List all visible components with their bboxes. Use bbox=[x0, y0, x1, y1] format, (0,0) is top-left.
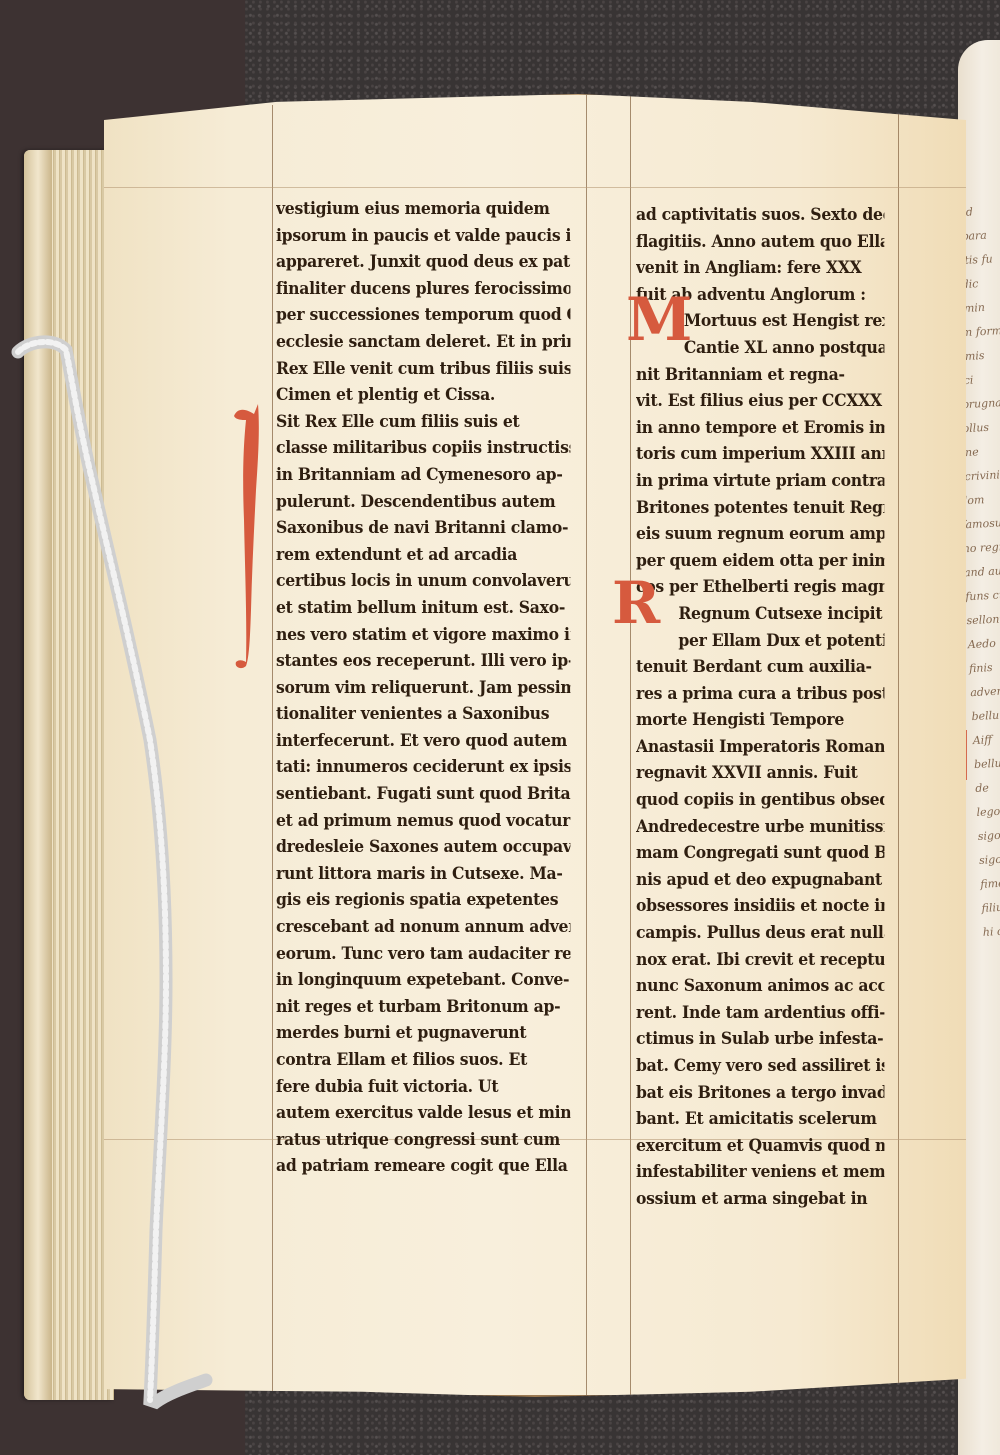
text-line: eis suum regnum eorum ampliavit bbox=[636, 521, 884, 548]
text-line: Anastasii Imperatoris Romanorum quod bbox=[636, 734, 884, 761]
text-line: quod copiis in gentibus obsedit bbox=[636, 787, 884, 814]
text-line: bant. Et amicitatis scelerum bbox=[636, 1106, 884, 1133]
text-line: interfecerunt. Et vero quod autem veri- bbox=[276, 728, 570, 755]
text-line: runt littora maris in Cutsexe. Ma- bbox=[276, 861, 570, 888]
text-line: contra Ellam et filios suos. Et bbox=[276, 1047, 570, 1074]
text-line: ctimus in Sulab urbe infesta- bbox=[636, 1026, 884, 1053]
text-line: obsessores insidiis et nocte in bbox=[636, 893, 884, 920]
text-line: infestabiliter veniens et membr- bbox=[636, 1159, 884, 1186]
text-line: regnavit XXVII annis. Fuit bbox=[636, 760, 884, 787]
text-line: bat. Cemy vero sed assiliret ista- bbox=[636, 1053, 884, 1080]
text-line: rent. Inde tam ardentius offi- bbox=[636, 1000, 884, 1027]
text-line: in prima virtute priam contra bbox=[636, 468, 884, 495]
text-line: et ad primum nemus quod vocatur An- bbox=[276, 808, 570, 835]
text-line: vestigium eius memoria quidem bbox=[276, 196, 570, 223]
decorated-initial-r: R bbox=[612, 574, 672, 632]
text-line: venit in Angliam: fere XXX bbox=[636, 255, 884, 282]
initial-letter: M bbox=[626, 285, 692, 355]
text-line: Rex Elle venit cum tribus filiis suis bbox=[276, 356, 570, 383]
text-line: Cimen et plentig et Cissa. bbox=[276, 382, 570, 409]
text-line: sorum vim reliquerunt. Jam pessime et po… bbox=[276, 675, 570, 702]
text-line: fere dubia fuit victoria. Ut bbox=[276, 1074, 570, 1101]
text-line: rem extendunt et ad arcadia bbox=[276, 542, 570, 569]
text-line: dredesleie Saxones autem occupave- bbox=[276, 834, 570, 861]
text-line: tenuit Berdant cum auxilia- bbox=[636, 654, 884, 681]
text-line: tati: innumeros ceciderunt ex ipsis bbox=[276, 754, 570, 781]
left-text-column: vestigium eius memoria quidem ipsorum in… bbox=[276, 196, 596, 1180]
text-line: nit Britanniam et regna- bbox=[636, 362, 884, 389]
text-line: finaliter ducens plures ferocissimos bbox=[276, 276, 570, 303]
text-line: ecclesie sanctam deleret. Et in primis bbox=[276, 329, 570, 356]
text-line: Andredecestre urbe munitissi- bbox=[636, 814, 884, 841]
text-line: nunc Saxonum animos ac accu- bbox=[636, 973, 884, 1000]
text-line: mam Congregati sunt quod Britan- bbox=[636, 840, 884, 867]
book-spine bbox=[24, 150, 52, 1400]
text-line: per Ellam Dux et potentissime bbox=[636, 628, 884, 655]
text-line: flagitiis. Anno autem quo Ella bbox=[636, 229, 884, 256]
ruling-line bbox=[272, 105, 273, 1395]
text-line: ratus utrique congressi sunt cum bbox=[276, 1127, 570, 1154]
text-line: toris cum imperium XXIII annis et bbox=[636, 441, 884, 468]
text-line: in Britanniam ad Cymenesoro ap- bbox=[276, 462, 570, 489]
text-line: classe militaribus copiis instructissima bbox=[276, 435, 570, 462]
text-line: et statim bellum initum est. Saxo- bbox=[276, 595, 570, 622]
text-line: ipsorum in paucis et valde paucis illa bbox=[276, 223, 570, 250]
text-line: autem exercitus valde lesus et mino- bbox=[276, 1100, 570, 1127]
text-line: vit. Est filius eius per CCXXX bbox=[636, 388, 884, 415]
text-line: appareret. Junxit quod deus ex patrib bbox=[276, 249, 570, 276]
text-line: sentiebant. Fugati sunt quod Britanni bbox=[276, 781, 570, 808]
text-line: nit reges et turbam Britonum ap- bbox=[276, 994, 570, 1021]
text-line: pulerunt. Descendentibus autem bbox=[276, 489, 570, 516]
text-line: ad patriam remeare cogit que Ella bbox=[276, 1153, 570, 1180]
text-line: ossium et arma singebat in bbox=[636, 1186, 884, 1213]
text-line: Britones potentes tenuit Regnum bbox=[636, 495, 884, 522]
text-line: nox erat. Ibi crevit et receptus bbox=[636, 947, 884, 974]
text-line: merdes burni et pugnaverunt bbox=[276, 1020, 570, 1047]
decorated-initial-i bbox=[232, 400, 266, 672]
text-line: per quem eidem otta per inimi- bbox=[636, 548, 884, 575]
text-line: per successiones temporum quod Gentem bbox=[276, 302, 570, 329]
page-edge-stack bbox=[24, 150, 114, 1400]
text-line: Saxonibus de navi Britanni clamo- bbox=[276, 515, 570, 542]
text-line: gis eis regionis spatia expetentes bbox=[276, 887, 570, 914]
text-line: stantes eos receperunt. Illi vero ip- bbox=[276, 648, 570, 675]
text-line: eorum. Tunc vero tam audaciter regiones bbox=[276, 941, 570, 968]
ruling-line bbox=[104, 187, 966, 188]
text-line: cos per Ethelberti regis magni bbox=[636, 574, 884, 601]
text-line: exercitum et Quamvis quod membri- bbox=[636, 1133, 884, 1160]
text-line: nis apud et deo expugnabant bbox=[636, 867, 884, 894]
decorated-initial-m: M bbox=[626, 296, 690, 344]
text-line: certibus locis in unum convolaverunt bbox=[276, 568, 570, 595]
text-line: morte Hengisti Tempore bbox=[636, 707, 884, 734]
text-line: nes vero statim et vigore maximo in- bbox=[276, 622, 570, 649]
text-line: crescebant ad nonum annum adventus bbox=[276, 914, 570, 941]
text-line: res a prima cura a tribus post bbox=[636, 681, 884, 708]
text-line: in anno tempore et Eromis impera- bbox=[636, 415, 884, 442]
text-line: Sit Rex Elle cum filiis suis et bbox=[276, 409, 570, 436]
text-line: bat eis Britones a tergo invade- bbox=[636, 1080, 884, 1107]
text-line: Regnum Cutsexe incipit bbox=[636, 601, 884, 628]
text-line: in longinquum expetebant. Conve- bbox=[276, 967, 570, 994]
text-line: tionaliter venientes a Saxonibus bbox=[276, 701, 570, 728]
text-line: ad captivitatis suos. Sexto decimo bbox=[636, 202, 884, 229]
initial-letter: R bbox=[612, 569, 660, 637]
text-line: campis. Pullus deus erat nulla bbox=[636, 920, 884, 947]
